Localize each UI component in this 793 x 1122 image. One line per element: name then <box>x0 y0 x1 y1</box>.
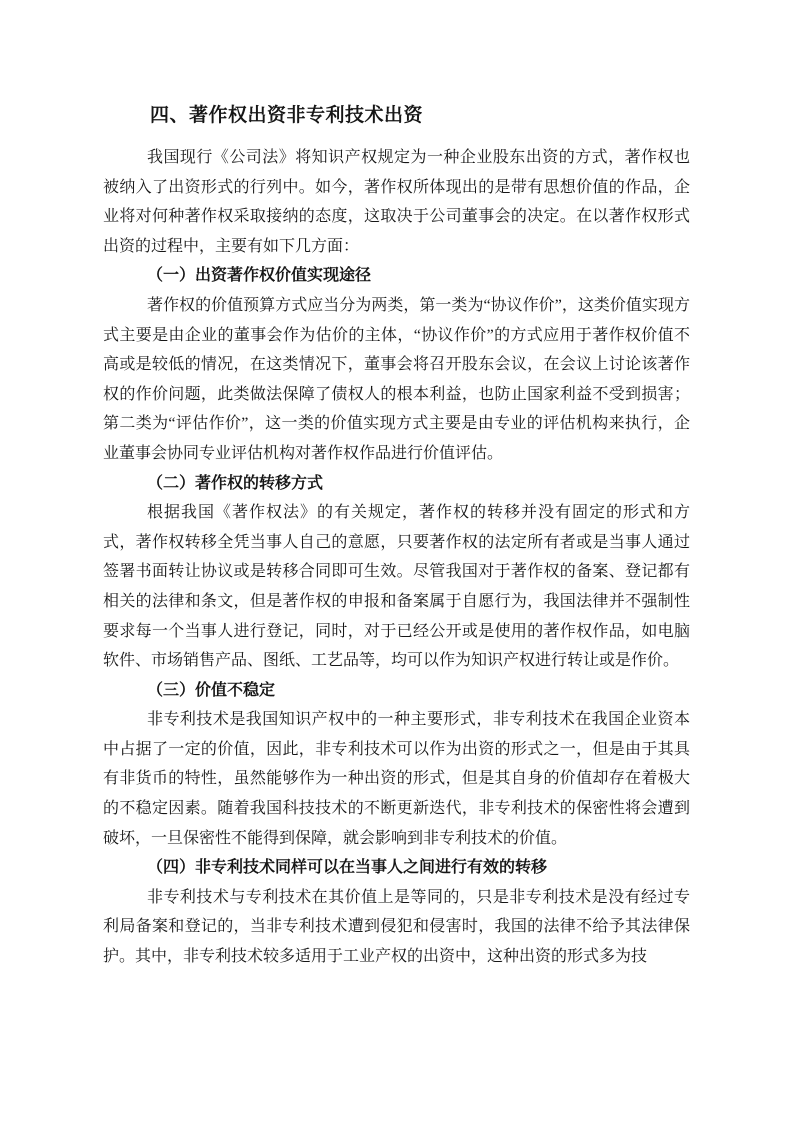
subheading-4-effective-transfer: （四）非专利技术同样可以在当事人之间进行有效的转移 <box>103 853 690 883</box>
subheading-2-transfer-method: （二）著作权的转移方式 <box>103 469 690 499</box>
document-heading: 四、著作权出资非专利技术出资 <box>103 101 690 131</box>
paragraph-intro: 我国现行《公司法》将知识产权规定为一种企业股东出资的方式，著作权也被纳入了出资形… <box>103 143 690 261</box>
subheading-1-value-realization: （一）出资著作权价值实现途径 <box>103 261 690 291</box>
paragraph-transfer-method: 根据我国《著作权法》的有关规定，著作权的转移并没有固定的形式和方式，著作权转移全… <box>103 498 690 676</box>
subheading-3-value-instability: （三）价值不稳定 <box>103 676 690 706</box>
document-page: 四、著作权出资非专利技术出资 我国现行《公司法》将知识产权规定为一种企业股东出资… <box>0 0 793 1122</box>
paragraph-value-instability: 非专利技术是我国知识产权中的一种主要形式，非专利技术在我国企业资本中占据了一定的… <box>103 705 690 853</box>
paragraph-effective-transfer: 非专利技术与专利技术在其价值上是等同的，只是非专利技术是没有经过专利局备案和登记… <box>103 883 690 972</box>
paragraph-value-realization: 著作权的价值预算方式应当分为两类，第一类为“协议作价”，这类价值实现方式主要是由… <box>103 291 690 469</box>
